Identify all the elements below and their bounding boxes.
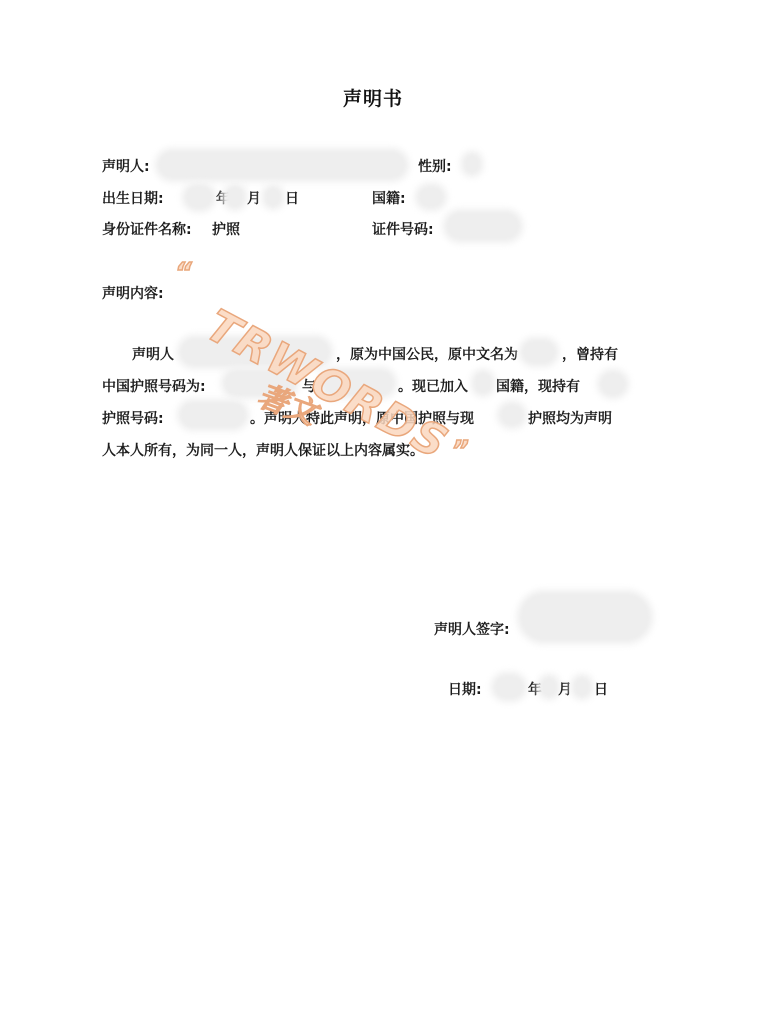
redacted-sign-year <box>494 675 524 699</box>
id-number-label: 证件号码: <box>372 219 434 239</box>
watermark-close-quote: ” <box>452 436 469 466</box>
redacted-original-name <box>522 340 556 364</box>
declarant-label: 声明人: <box>102 156 150 176</box>
redacted-current-country-2 <box>500 404 524 426</box>
nationality-label: 国籍: <box>372 188 406 208</box>
redacted-country <box>474 372 492 394</box>
body-text: 护照均为声明 <box>528 408 612 428</box>
birth-day-unit: 日 <box>285 188 299 208</box>
sign-day-unit: 日 <box>594 679 608 699</box>
redacted-passport-number-1 <box>224 370 296 396</box>
date-label: 日期: <box>448 679 482 699</box>
redacted-birth-day <box>265 187 281 207</box>
id-type-label: 身份证件名称: <box>102 219 192 239</box>
signature-label: 声明人签字: <box>434 619 510 639</box>
redacted-nationality <box>418 186 444 208</box>
body-text: 。现已加入 <box>398 376 468 396</box>
redacted-sign-month <box>541 677 557 697</box>
redacted-gender <box>464 154 480 174</box>
id-type-value: 护照 <box>212 219 240 239</box>
body-text: 中国护照号码为: <box>102 376 206 396</box>
redacted-birth-year <box>185 185 213 209</box>
redacted-id-number <box>446 212 520 240</box>
declaration-page: 声明书 声明人: 性别: 出生日期: 年 月 日 国籍: 身份证件名称: 护照 … <box>0 0 766 1024</box>
redacted-declarant-name <box>158 151 406 179</box>
gender-label: 性别: <box>418 156 452 176</box>
body-text: ，原为中国公民，原中文名为 <box>336 344 518 364</box>
body-text: 国籍，现持有 <box>496 376 580 396</box>
watermark-open-quote: “ <box>175 258 192 288</box>
birth-date-label: 出生日期: <box>102 188 164 208</box>
redacted-declarant-name-body <box>180 338 330 366</box>
body-text: 人本人所有，为同一人，声明人保证以上内容属实。 <box>102 440 424 460</box>
document-title: 声明书 <box>0 84 746 111</box>
body-text: 与 <box>302 376 316 396</box>
birth-month-unit: 月 <box>247 188 261 208</box>
redacted-birth-month <box>226 186 244 208</box>
sign-year-unit: 年 <box>528 679 542 699</box>
body-text: 。声明人特此声明，原中国护照与现 <box>250 408 474 428</box>
body-text: ，曾持有 <box>562 344 618 364</box>
body-text: 声明人 <box>132 344 174 364</box>
redacted-sign-day <box>574 677 590 697</box>
redacted-current-passport-number <box>180 402 246 428</box>
redacted-signature <box>520 593 650 641</box>
redacted-passport-number-2 <box>322 370 394 396</box>
body-text: 护照号码: <box>102 408 164 428</box>
content-label: 声明内容: <box>102 283 164 303</box>
sign-month-unit: 月 <box>558 679 572 699</box>
redacted-current-country <box>600 372 626 396</box>
